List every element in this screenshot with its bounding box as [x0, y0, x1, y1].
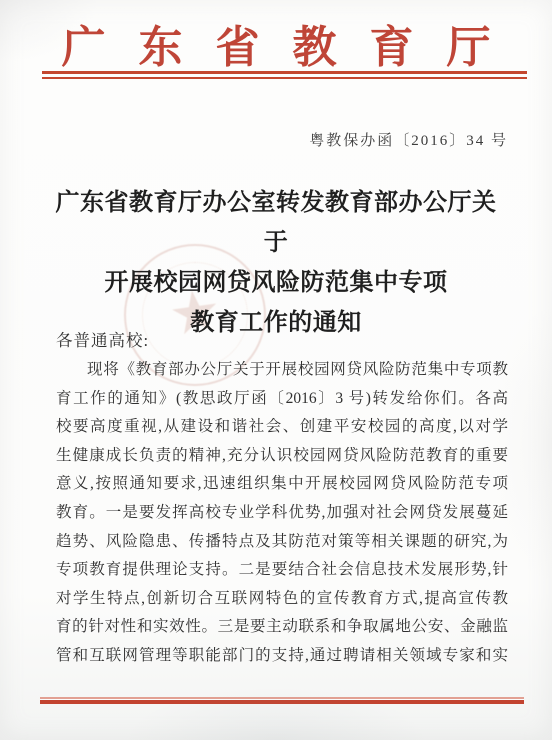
body-text-line: 校要高度重视,从建设和谐社会、创建平安校园的高度,以对学 [56, 413, 508, 442]
page-bottom-divider-rule [40, 697, 524, 704]
document-title: 广东省教育厅办公室转发教育部办公厅关于 开展校园网贷风险防范集中专项 教育工作的… [45, 183, 507, 343]
body-text-line: 对学生特点,创新切合互联网特色的宣传教育方式,提高宣传教 [56, 585, 508, 614]
body-paragraph: 现将《教育部办公厅关于开展校园网贷风险防范集中专项教 育工作的通知》(教思政厅函… [56, 356, 508, 671]
letterhead-divider-rule [42, 71, 527, 79]
document-title-line: 广东省教育厅办公室转发教育部办公厅关于 [45, 183, 507, 263]
salutation: 各普通高校: [56, 327, 149, 351]
document-title-line: 开展校园网贷风险防范集中专项 [45, 263, 507, 303]
letterhead-agency-title: 广东省教育厅 [0, 11, 552, 75]
body-text-line: 现将《教育部办公厅关于开展校园网贷风险防范集中专项教 [56, 356, 508, 385]
body-text-line: 意义,按照通知要求,迅速组织集中开展校园网贷风险防范专项 [56, 470, 508, 499]
body-text-line: 管和互联网管理等职能部门的支持,通过聘请相关领域专家和实 [56, 642, 508, 671]
scanned-document-page: 广东省教育厅 粤教保办函〔2016〕34 号 ★ 广东省教育厅办公室转发教育部办… [0, 0, 552, 740]
body-text-line: 育工作的通知》(教思政厅函〔2016〕3 号)转发给你们。各高 [56, 385, 508, 414]
body-text-line: 育的针对性和实效性。三是要主动联系和争取属地公安、金融监 [56, 613, 508, 642]
body-text-line: 专项教育提供理论支持。二是要结合社会信息技术发展形势,针 [56, 556, 508, 585]
body-text-line: 生健康成长负责的精神,充分认识校园网贷风险防范教育的重要 [56, 442, 508, 471]
document-reference-number: 粤教保办函〔2016〕34 号 [309, 129, 508, 150]
body-text-line: 教育。一是要发挥高校专业学科优势,加强对社会网贷发展蔓延 [56, 499, 508, 528]
body-text-line: 趋势、风险隐患、传播特点及其防范对策等相关课题的研究,为 [56, 528, 508, 557]
